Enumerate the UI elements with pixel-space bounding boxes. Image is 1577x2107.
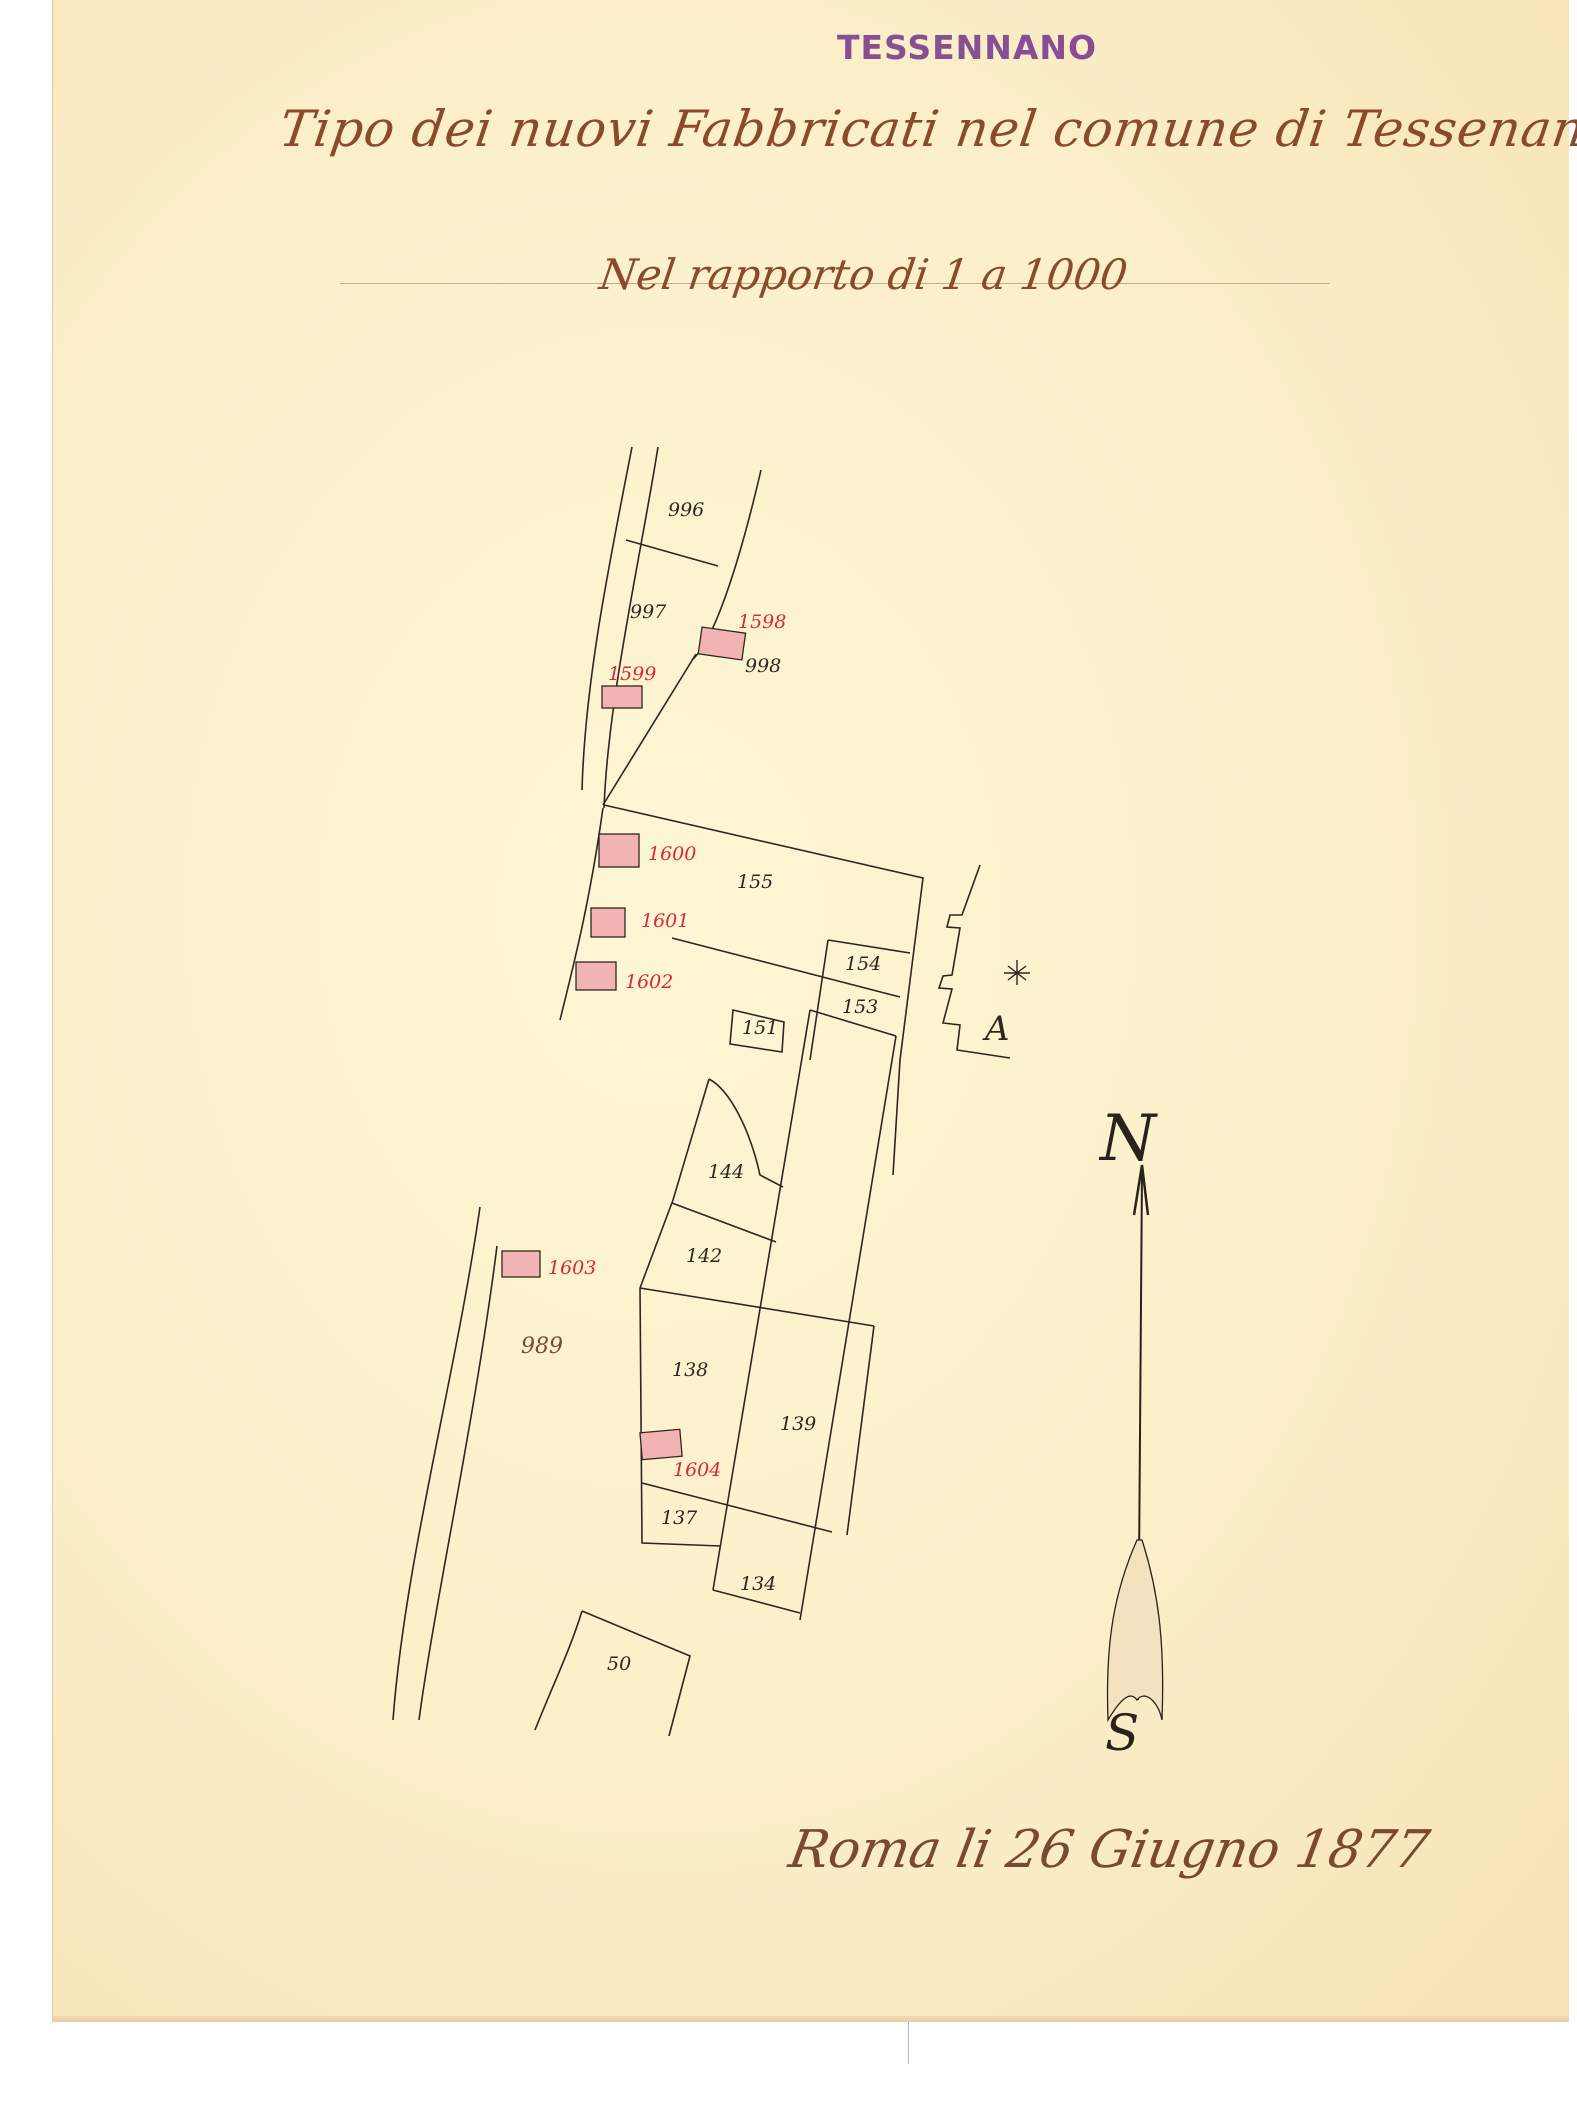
parcel-996[interactable]: 996 [668, 499, 704, 521]
svg-text:1601: 1601 [641, 910, 689, 932]
parcel-151[interactable]: 151 [742, 1017, 778, 1039]
building-1601[interactable]: 1601 [591, 908, 689, 937]
reference-letter-a: A [982, 1009, 1010, 1049]
north-arrow-icon: N S [1098, 1102, 1163, 1762]
parcel-989[interactable]: 989 [521, 1334, 563, 1359]
parcel-139[interactable]: 139 [780, 1413, 816, 1435]
parcel-134[interactable]: 134 [740, 1573, 776, 1595]
svg-text:1604: 1604 [673, 1459, 721, 1481]
svg-text:1600: 1600 [648, 843, 696, 865]
parcel-997[interactable]: 997 [630, 601, 667, 623]
svg-text:S: S [1105, 1704, 1139, 1762]
building-1602[interactable]: 1602 [576, 962, 673, 993]
parcel-142[interactable]: 142 [686, 1245, 722, 1267]
cadastral-map: 1598 1599 1600 1601 1602 1603 1604 996 [0, 0, 1577, 2107]
parcel-155[interactable]: 155 [737, 871, 773, 893]
svg-text:N: N [1098, 1102, 1158, 1176]
parcel-138[interactable]: 138 [672, 1359, 708, 1381]
building-1598[interactable]: 1598 [698, 611, 786, 660]
parcel-154[interactable]: 154 [845, 953, 881, 975]
building-1603[interactable]: 1603 [502, 1251, 596, 1279]
parcel-50[interactable]: 50 [607, 1653, 631, 1675]
svg-text:1602: 1602 [625, 971, 673, 993]
building-1604[interactable]: 1604 [640, 1429, 721, 1481]
svg-text:1599: 1599 [608, 663, 656, 685]
star-marker-icon [1004, 960, 1030, 985]
building-1599[interactable]: 1599 [602, 663, 656, 708]
parcel-144[interactable]: 144 [708, 1161, 744, 1183]
svg-text:1603: 1603 [548, 1257, 596, 1279]
parcel-998[interactable]: 998 [745, 655, 781, 677]
parcel-153[interactable]: 153 [842, 996, 878, 1018]
parcel-137[interactable]: 137 [661, 1507, 698, 1529]
building-1600[interactable]: 1600 [599, 834, 696, 867]
svg-text:1598: 1598 [738, 611, 786, 633]
